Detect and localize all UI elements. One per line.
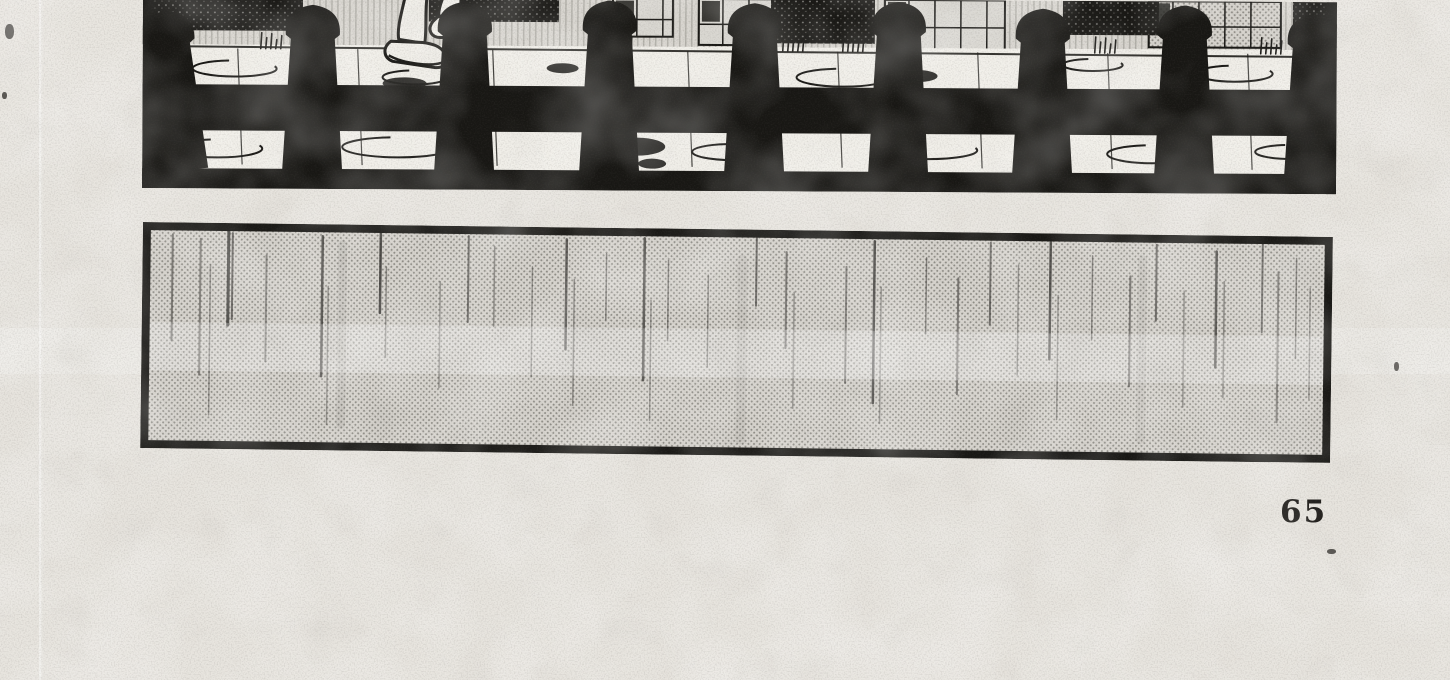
- paper-crease: [39, 0, 41, 680]
- rain-panel: [140, 222, 1333, 463]
- ink-speck: [1327, 549, 1336, 554]
- front-leg: [398, 0, 427, 43]
- fence-panel: [142, 0, 1337, 194]
- page-number: 65: [1280, 494, 1340, 530]
- manga-page-scan: 65: [0, 0, 1450, 680]
- panel-left-border: [142, 0, 153, 188]
- fence-panel-art: [142, 0, 1337, 194]
- rain-panel-art: [140, 222, 1333, 463]
- ink-speck: [2, 92, 7, 99]
- ink-speck: [5, 24, 14, 39]
- ink-speck: [1394, 362, 1399, 371]
- panel-right-border: [1326, 2, 1337, 194]
